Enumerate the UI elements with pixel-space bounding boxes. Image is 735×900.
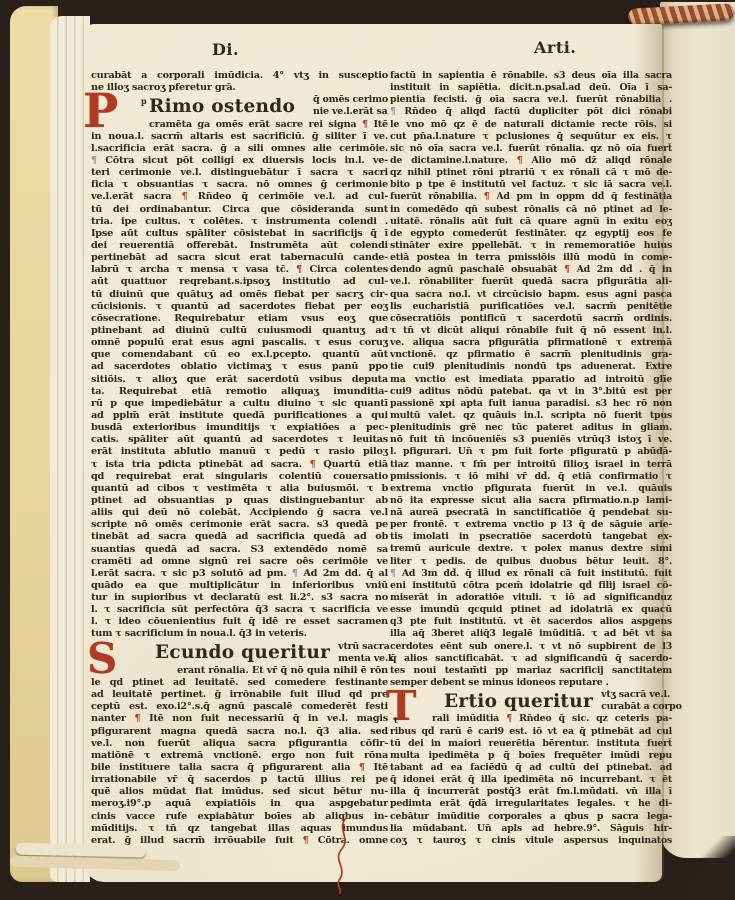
text-line: vnctionē. qz pfirmatio ē sacrm̄ plenitud…	[390, 349, 672, 361]
book-page: Di. Arti. curabāt a corporali imūdicia. …	[84, 24, 662, 882]
running-header-right: Arti.	[534, 38, 576, 57]
text-line: cut pn̄a.l.nature τ pclusiones q̄ sequūt…	[390, 131, 672, 143]
text-line: cui9 aditus nōdū patebat. qa vt in 3°.bi…	[390, 386, 672, 398]
text-line: ad sacerdotes oblatio victimaʒ τ esus pa…	[91, 361, 388, 373]
text-line: cōsecratiōis pontificū τ sacerdotū sacrm…	[390, 313, 672, 325]
side-line: vtʒ sacrā ve.l.	[601, 689, 682, 701]
text-line: l. pfigurari. Un̄ τ pm fuit forte pfigur…	[390, 446, 672, 458]
text-line: illa q̄ incurrerāt postq̄3 erāt fm.l.mūd…	[390, 786, 672, 798]
section-heading-row: Ertio queritur vtʒ sacrā ve.l. curabāt a…	[390, 689, 672, 713]
text-line: in comedēdo qn̄ subest rōnalis cā nō pti…	[390, 204, 672, 216]
text-line: irrationabile vr̄ q̄ sacerdos p tactū il…	[91, 774, 388, 786]
section-lines: rali imūditia ¶ Rn̄deo q̄ sic. qz ceteri…	[390, 713, 672, 847]
text-line: l. τ ideo cōuenientius fuit q̄ idē re es…	[91, 616, 388, 628]
text-line: busdā exterioribus imunditijs τ expiatiō…	[91, 422, 388, 434]
section-heading: Ertio queritur	[444, 691, 593, 712]
text-line: suantias quedā ad sacra. S3 extendēdo no…	[91, 544, 388, 556]
text-line: tis imolati in psecratiōe sacerdotū tang…	[390, 531, 672, 543]
text-line: etiā postea in terra pmissiōis illū modū…	[390, 252, 672, 264]
text-line: tū diuinū que quātuʒ ad omēs fiebat per …	[91, 289, 388, 301]
guide-letter-p: p	[141, 96, 146, 106]
text-line: ptinebant ad diuinū cultū cuiusmodi quan…	[91, 325, 388, 337]
text-line: tremū auricule dextre. τ polex manus dex…	[390, 543, 672, 555]
text-line: illa aq̄ 3beret aliq̄3 legalē imūditiā. …	[390, 628, 672, 640]
bottom-right-shadow	[688, 836, 735, 900]
heading-side-lines: vtʒ sacrā ve.l. curabāt a corpo	[601, 689, 682, 713]
text-line: esse imundū qcquid ptinet ad idolatriā e…	[390, 604, 672, 616]
text-line: de dictamine.l.nature. ¶ Alio mō dz̄ ali…	[390, 155, 672, 167]
text-line: rali imūditia ¶ Rn̄deo q̄ sic. qz ceteri…	[390, 713, 672, 725]
book-photo: { "colors": { "red_ink": "#ae3b22", "blu…	[0, 0, 735, 900]
text-line: nō fuit tn̄ incōueniēs s3 pueniēs vtrūq3…	[390, 434, 672, 446]
text-line: cōsecratione. Requirebatur etiam vsus eo…	[91, 313, 388, 325]
drop-cap-initial-t: T	[386, 686, 416, 727]
text-line: dendo agnū paschalē obsuabāt ¶ Ad 2m dd̄…	[390, 264, 672, 276]
section-heading-row: Rimo ostendo q̄ omēs cerimo nie ve.l.erā…	[91, 94, 388, 118]
text-line: l.erāt sacra. τ sic p3 solutō ad pm. ¶ A…	[91, 568, 388, 580]
text-line: cramēti ad omne signū rei sacre oēs ceri…	[91, 556, 388, 568]
text-line: plenitudinis grē nec tūc pateret aditus …	[390, 422, 672, 434]
text-line: τ ista tria pdicta ptinebāt ad sacra. ¶ …	[91, 459, 388, 471]
text-line: ta. Requirebat etiā remotio aliquaʒ imun…	[91, 386, 388, 398]
text-line: ne illoʒ sacroʒ pferetur grā.	[91, 82, 388, 94]
text-line: miserāt in adoratiōe vituli. τ iō ad sig…	[390, 592, 672, 604]
text-line: tur in supioribus vt declaratū est li.2°…	[91, 592, 388, 604]
text-line: pedimta erāt q̄dā irregularitates legale…	[390, 798, 672, 810]
section-heading: Ecundo queritur	[155, 642, 330, 663]
text-line: nō ita expresse sicut alia sacra pfirmat…	[390, 495, 672, 507]
guide-letter-t: t	[394, 715, 397, 725]
text-line: cūcisionis. τ quantū ad sacerdotes fieba…	[91, 301, 388, 313]
text-line: curabāt a corporali imūdicia. 4° vtʒ in …	[91, 70, 388, 82]
text-line: tū dei ordinabantur. Circa que cōsideran…	[91, 204, 388, 216]
section-lines: cramēta ga omēs erāt sacre rei signa ¶ I…	[91, 119, 388, 641]
text-line: le qd̄ ptinet ad leuitatē. sed comedere …	[91, 677, 388, 689]
text-line: tie cui9 plenitudinis nondū tps aduenera…	[390, 361, 672, 373]
text-line: ficia τ obsuantias τ sacra. nō omnes ḡ c…	[91, 179, 388, 191]
text-line: uitatē. rōnalis aūt fuit cā quare agnū i…	[390, 216, 672, 228]
text-line: omnē populū erat esus agni pascalis. τ e…	[91, 337, 388, 349]
text-line: aūt quattuor reqrebant.s.ipsoʒ instituti…	[91, 276, 388, 288]
text-line: erant rōnalia. Et vr̄ q̄ nō quia nihil ē…	[91, 665, 388, 677]
text-line: tabant ad ea faciēdū q̄ ad cultū dei pti…	[390, 762, 672, 774]
text-line: ve.l.erāt sacra ¶ Rn̄deo q̄ cerimōie ve.…	[91, 191, 388, 203]
text-line: factū in sapientia ē rōnabile. s3 deus o…	[390, 70, 672, 82]
text-line: tū dei in maiori reuerētia bērentur. ins…	[390, 738, 672, 750]
running-header-left: Di.	[212, 40, 239, 59]
text-line: labrū τ archa τ mensa τ vasa tc̄. ¶ Circ…	[91, 264, 388, 276]
text-line: liter τ pedis. de quibus duobus bētur le…	[390, 556, 672, 568]
text-line: ¶ Rn̄deo q̄ aliqd factū dupliciter pōt d…	[390, 106, 672, 118]
text-column-left: curabāt a corporali imūdicia. 4° vtʒ in …	[91, 70, 388, 847]
text-line: lia mūdabant. Un̄ apls ad hebre.9°. Sāgu…	[390, 823, 672, 835]
text-line: matiōnē τ extremā vnctionē. ergo non fui…	[91, 750, 388, 762]
text-line: bile instituere talia sacra q̄ pfigurare…	[91, 762, 388, 774]
text-line: multa ipedimēta p q̄ boīes frequēter imū…	[390, 750, 672, 762]
text-line: dei reuerentiā offerebāt. Instrumēta aūt…	[91, 240, 388, 252]
text-line: cebātur imūditie corporales a qbus p sac…	[390, 811, 672, 823]
text-line: multū valet. qz quāuis in.l. scripta nō …	[390, 410, 672, 422]
text-line: tria. ipe cultus. τ colētes. τ instrumen…	[91, 216, 388, 228]
text-line: meroʒ.i9°.p aquā expiatiōis in qua aspge…	[91, 798, 388, 810]
text-line: in noua.l. sacrm̄ altaris est sacrificiū…	[91, 131, 388, 143]
section-tertio: T t Ertio queritur vtʒ sacrā ve.l. curab…	[390, 689, 672, 847]
text-line: tes noui testam̄ti pp mariaz sacrificij …	[390, 665, 672, 677]
text-line: qz nihil ptinet rōni ptrariū τ ex rōnali…	[390, 167, 672, 179]
text-line: semper debent se minus idoneos reputare …	[390, 677, 672, 689]
text-line: sitiōis. τ alioʒ que erāt sacerdotū vsib…	[91, 374, 388, 386]
text-line: ve. aliqua sacra pfigurātia pfirmationē …	[390, 337, 672, 349]
text-line: extrema vnctio pfigurata fuerūt in ve.l.…	[390, 483, 672, 495]
heading-side-lines: vtrū sacra menta ve.l.	[338, 641, 394, 665]
side-line: nie ve.l.erāt sa	[313, 106, 388, 118]
text-line: ma vnctio est imediata pparatio ad intro…	[390, 374, 672, 386]
text-line: lis eucharistiā purificatiōes ve.l. sacr…	[390, 301, 672, 313]
text-line: tiaz manne. τ fm̄ per introitū filioʒ is…	[390, 459, 672, 471]
text-line: ve.l. rōnabiliter fuerūt quedā sacra pfi…	[390, 276, 672, 288]
side-line: curabāt a corpo	[601, 701, 682, 713]
text-line: ribus qd̄ rarū ē cari9 est. iō vt ea q̄ …	[390, 726, 672, 738]
text-line: l. τ sacrificia sūt perfectōra q̄3 sacra…	[91, 604, 388, 616]
text-line: cerdotes eēnt sub onere.l. τ vt nō supbi…	[390, 641, 672, 653]
text-line: passionē xpi apta fuit ianua paradisi. s…	[390, 398, 672, 410]
text-line: quādo ea que multiplicātur in inferiorib…	[91, 580, 388, 592]
text-line: ¶ Ad 3m dd̄. q̄ illud ex rōnali cā fuit …	[390, 568, 672, 580]
text-line: ad leuitatē pertinet. ḡ irrōnabile fuit …	[91, 689, 388, 701]
text-line: coʒ τ tauroʒ τ cinis vitule aspersus inq…	[390, 835, 672, 847]
text-line: catis. spāliter aūt quantū ad sacerdotes…	[91, 434, 388, 446]
text-line: sic nō oīa sacra ve.l. fuerūt rōnalia. q…	[390, 143, 672, 155]
text-column-right: factū in sapientia ē rōnabile. s3 deus o…	[390, 70, 672, 847]
section-heading: Rimo ostendo	[149, 96, 295, 117]
heading-side-lines: q̄ omēs cerimo nie ve.l.erāt sa	[313, 94, 388, 118]
text-line: ¶ Cōtra sicut pōt colligi ex diuersis lo…	[91, 155, 388, 167]
text-line: le vno mō qz ē de naturali dictamie rect…	[390, 119, 672, 131]
text-line: scripte nō omēs cerimonie erāt sacra. s3…	[91, 519, 388, 531]
text-line: pfigurarent magna quedā sacra no.l. q̄3 …	[91, 726, 388, 738]
text-line: ceptū est. exo.i2°.s.q̄ agnū pascalē com…	[91, 701, 388, 713]
text-line: Ipse aūt cultus spāliter cōsistebat in s…	[91, 228, 388, 240]
text-line: quantū ad cibos τ vestimēta τ alia buius…	[91, 483, 388, 495]
text-line: pientia fecisti. ḡ oīa sacra ve.l. fuerū…	[390, 94, 672, 106]
text-line: erāt instituta ablutio manuū τ pedū τ ra…	[91, 446, 388, 458]
text-line: pertinebāt ad sacra sicut erat tabernacu…	[91, 252, 388, 264]
text-line: q̄ alios sanctificabāt. τ ad significand…	[390, 653, 672, 665]
column-lines: factū in sapientia ē rōnabile. s3 deus o…	[390, 70, 672, 689]
text-line: tum τ sacrificium in noua.l. q̄3 in vete…	[91, 628, 388, 640]
text-line: eni institutū cōtra pcem̄ idolatrie qd̄ …	[390, 580, 672, 592]
text-line: stināter exire ppellebāt. τ in rememorat…	[390, 240, 672, 252]
text-line: nā aureā psecratā in sanctificatiōe q̄ p…	[390, 507, 672, 519]
drop-cap-initial-s: S	[87, 638, 117, 680]
text-line: cramēta ga omēs erāt sacre rei signa ¶ I…	[91, 119, 388, 131]
text-line: de egypto comederūt festināter. qz egypt…	[390, 228, 672, 240]
text-line: quē alios mūdat fiat imūdus. sed sicut b…	[91, 786, 388, 798]
text-line: ptinet ad obsuantias p quas distingueban…	[91, 495, 388, 507]
text-line: q̄ idonei erāt q̄ illa ipedimēta nō incu…	[390, 774, 672, 786]
text-line: ve.l. non fuerūt aliqua sacra pfiguranti…	[91, 738, 388, 750]
section-primo: P p Rimo ostendo q̄ omēs cerimo nie ve.l…	[91, 94, 388, 640]
text-line: fuerūt rōnabilia. ¶ Ad pm in oppm dd̄ q̄…	[390, 191, 672, 203]
text-line: per frontē. τ extrema vnctio p l3 q̄ de …	[390, 519, 672, 531]
text-line: ad pplm̄ erāt institute quedā purificati…	[91, 410, 388, 422]
text-line: aliis qui deū nō colebāt. Accipiendo ḡ s…	[91, 507, 388, 519]
text-line: instituit in sapiētia. dicit.n.psal̄.ad …	[390, 82, 672, 94]
text-line: qd̄ requirebat erat singularis colentiū …	[91, 471, 388, 483]
text-line: bito p tpe ē institutū vel factuz. τ sic…	[390, 179, 672, 191]
text-line: teri cerimonie ve.l. distinguebātur ī sa…	[91, 167, 388, 179]
text-line: rū p que impediebātur a cultu diuino τ s…	[91, 398, 388, 410]
drop-cap-initial-p: P	[83, 88, 118, 135]
side-line: vtrū sacra	[338, 641, 394, 653]
text-line: l.sacrificia erāt sacra. ḡ a sili omnes …	[91, 143, 388, 155]
text-line: q3 pte fuit institutū. vt ēt sacerdos al…	[390, 616, 672, 628]
side-line: menta ve.l.	[338, 653, 394, 665]
text-line: que comendabant cū eo ex.l.pcepto. quant…	[91, 349, 388, 361]
side-line: q̄ omēs cerimo	[313, 94, 388, 106]
text-line: τ tn̄ vt dicūt aliqui rōnabile fuit q̄ n…	[390, 325, 672, 337]
text-line: pmissionis. τ iō mihi vr̄ dd̄. q̄ etiā c…	[390, 471, 672, 483]
text-line: tinebāt ad sacra quedā ad sacrificia que…	[91, 531, 388, 543]
section-heading-row: Ecundo queritur vtrū sacra menta ve.l.	[91, 641, 388, 665]
intro-lines: curabāt a corporali imūdicia. 4° vtʒ in …	[91, 70, 388, 94]
text-line: qua sacra no.l. vt circūcisio bapm. esus…	[390, 289, 672, 301]
rubricator-flourish	[330, 816, 358, 894]
text-line: nanter ¶ Itē non fuit necessariū q̄ in v…	[91, 713, 388, 725]
